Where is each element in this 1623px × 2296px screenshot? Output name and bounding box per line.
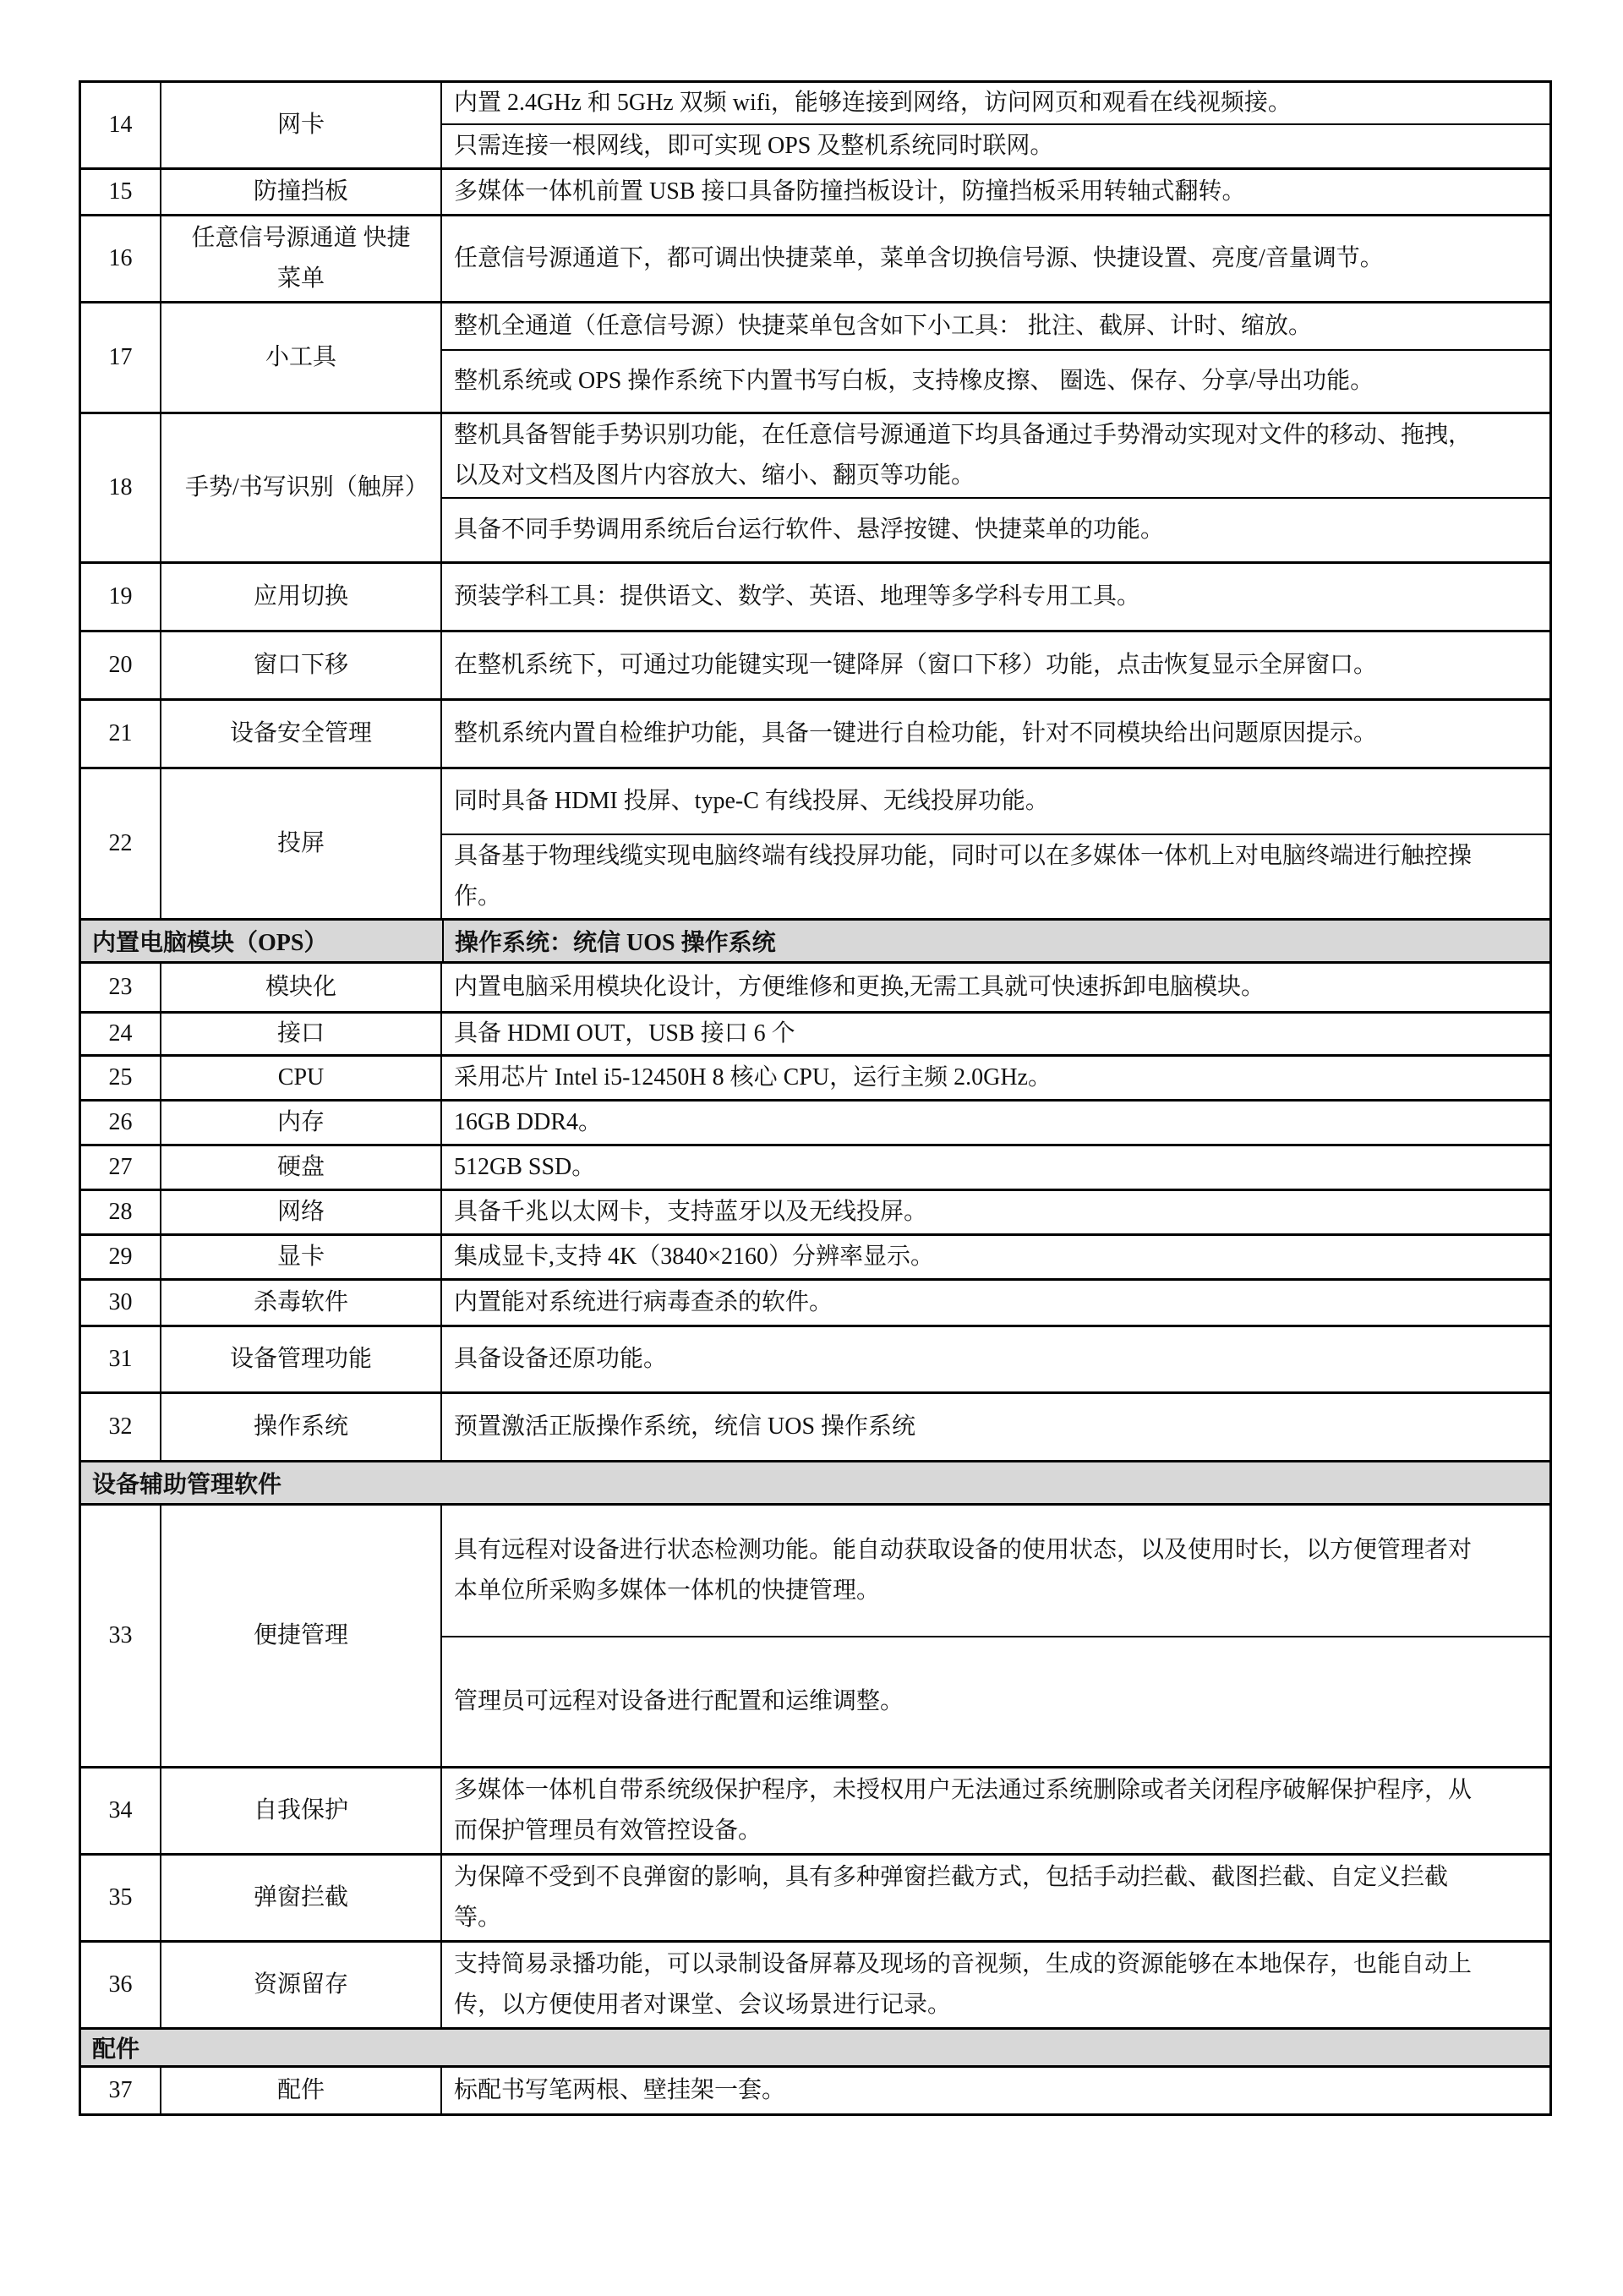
- table-row: 22投屏同时具备 HDMI 投屏、type-C 有线投屏、无线投屏功能。具备基于…: [81, 767, 1549, 918]
- section-title: 配件: [81, 2030, 139, 2065]
- row-number: 37: [81, 2068, 161, 2113]
- row-description-stack: 内置能对系统进行病毒查杀的软件。: [442, 1281, 1549, 1325]
- row-description-stack: 同时具备 HDMI 投屏、type-C 有线投屏、无线投屏功能。具备基于物理线缆…: [442, 769, 1549, 918]
- section-row: 设备辅助管理软件: [81, 1460, 1549, 1503]
- row-description-stack: 采用芯片 Intel i5-12450H 8 核心 CPU，运行主频 2.0GH…: [442, 1057, 1549, 1099]
- table-row: 27硬盘512GB SSD。: [81, 1144, 1549, 1189]
- table-row: 37配件标配书写笔两根、壁挂架一套。: [81, 2065, 1549, 2113]
- row-number: 18: [81, 414, 161, 561]
- row-description-stack: 集成显卡,支持 4K（3840×2160）分辨率显示。: [442, 1236, 1549, 1278]
- row-description-stack: 多媒体一体机自带系统级保护程序，未授权用户无法通过系统删除或者关闭程序破解保护程…: [442, 1768, 1549, 1853]
- row-category: 网卡: [161, 83, 442, 167]
- row-category: 设备管理功能: [161, 1327, 442, 1391]
- row-description-stack: 内置 2.4GHz 和 5GHz 双频 wifi，能够连接到网络，访问网页和观看…: [442, 83, 1549, 167]
- table-row: 14网卡内置 2.4GHz 和 5GHz 双频 wifi，能够连接到网络，访问网…: [81, 83, 1549, 167]
- row-number: 35: [81, 1856, 161, 1940]
- row-number: 24: [81, 1014, 161, 1054]
- table-row: 20窗口下移在整机系统下，可通过功能键实现一键降屏（窗口下移）功能，点击恢复显示…: [81, 630, 1549, 698]
- row-category: 手势/书写识别（触屏）: [161, 414, 442, 561]
- row-category: 资源留存: [161, 1943, 442, 2027]
- table-row: 26内存16GB DDR4。: [81, 1099, 1549, 1144]
- row-category: 防撞挡板: [161, 170, 442, 214]
- row-description: 标配书写笔两根、壁挂架一套。: [442, 2068, 1549, 2113]
- row-description-stack: 多媒体一体机前置 USB 接口具备防撞挡板设计，防撞挡板采用转轴式翻转。: [442, 170, 1549, 214]
- row-description-stack: 具备千兆以太网卡，支持蓝牙以及无线投屏。: [442, 1191, 1549, 1233]
- row-description: 整机系统或 OPS 操作系统下内置书写白板，支持橡皮擦、 圈选、保存、分享/导出…: [442, 349, 1549, 412]
- table-row: 29显卡集成显卡,支持 4K（3840×2160）分辨率显示。: [81, 1233, 1549, 1278]
- row-description-stack: 512GB SSD。: [442, 1146, 1549, 1189]
- row-description: 集成显卡,支持 4K（3840×2160）分辨率显示。: [442, 1236, 1549, 1278]
- row-description: 具备基于物理线缆实现电脑终端有线投屏功能，同时可以在多媒体一体机上对电脑终端进行…: [442, 834, 1549, 918]
- row-category: 设备安全管理: [161, 701, 442, 767]
- row-description: 内置能对系统进行病毒查杀的软件。: [442, 1281, 1549, 1325]
- row-description: 内置电脑采用模块化设计，方便维修和更换,无需工具就可快速拆卸电脑模块。: [442, 964, 1549, 1011]
- table-row: 18手势/书写识别（触屏）整机具备智能手势识别功能，在任意信号源通道下均具备通过…: [81, 412, 1549, 561]
- row-category: 杀毒软件: [161, 1281, 442, 1325]
- section-value: 操作系统：统信 UOS 操作系统: [444, 921, 1549, 961]
- row-category: 接口: [161, 1014, 442, 1054]
- table-row: 34自我保护多媒体一体机自带系统级保护程序，未授权用户无法通过系统删除或者关闭程…: [81, 1766, 1549, 1853]
- row-number: 19: [81, 564, 161, 630]
- row-category: 投屏: [161, 769, 442, 918]
- row-description-stack: 整机具备智能手势识别功能，在任意信号源通道下均具备通过手势滑动实现对文件的移动、…: [442, 414, 1549, 561]
- section-row: 配件: [81, 2027, 1549, 2065]
- table-row: 35弹窗拦截为保障不受到不良弹窗的影响，具有多种弹窗拦截方式，包括手动拦截、截图…: [81, 1853, 1549, 1940]
- row-description: 具有远程对设备进行状态检测功能。能自动获取设备的使用状态，以及使用时长，以方便管…: [442, 1506, 1549, 1636]
- row-description: 具备不同手势调用系统后台运行软件、悬浮按键、快捷菜单的功能。: [442, 497, 1549, 561]
- row-category: 任意信号源通道 快捷菜单: [161, 216, 442, 301]
- table-row: 19应用切换预装学科工具：提供语文、数学、英语、地理等多学科专用工具。: [81, 561, 1549, 630]
- row-description: 预置激活正版操作系统，统信 UOS 操作系统: [442, 1394, 1549, 1460]
- row-number: 20: [81, 632, 161, 698]
- section-row: 内置电脑模块（OPS）操作系统：统信 UOS 操作系统: [81, 918, 1549, 961]
- row-category: 便捷管理: [161, 1506, 442, 1766]
- spec-table: 14网卡内置 2.4GHz 和 5GHz 双频 wifi，能够连接到网络，访问网…: [79, 80, 1552, 2116]
- row-description-stack: 标配书写笔两根、壁挂架一套。: [442, 2068, 1549, 2113]
- table-row: 31设备管理功能具备设备还原功能。: [81, 1325, 1549, 1391]
- row-description: 整机系统内置自检维护功能，具备一键进行自检功能，针对不同模块给出问题原因提示。: [442, 701, 1549, 767]
- row-number: 36: [81, 1943, 161, 2027]
- row-number: 21: [81, 701, 161, 767]
- row-number: 26: [81, 1102, 161, 1144]
- table-row: 23模块化内置电脑采用模块化设计，方便维修和更换,无需工具就可快速拆卸电脑模块。: [81, 961, 1549, 1011]
- row-category: 显卡: [161, 1236, 442, 1278]
- table-row: 15防撞挡板多媒体一体机前置 USB 接口具备防撞挡板设计，防撞挡板采用转轴式翻…: [81, 167, 1549, 214]
- section-title: 设备辅助管理软件: [81, 1462, 281, 1503]
- row-category: CPU: [161, 1057, 442, 1099]
- row-description: 512GB SSD。: [442, 1146, 1549, 1189]
- row-description: 在整机系统下，可通过功能键实现一键降屏（窗口下移）功能，点击恢复显示全屏窗口。: [442, 632, 1549, 698]
- row-description: 整机全通道（任意信号源）快捷菜单包含如下小工具： 批注、截屏、计时、缩放。: [442, 303, 1549, 349]
- row-description-stack: 预置激活正版操作系统，统信 UOS 操作系统: [442, 1394, 1549, 1460]
- row-number: 30: [81, 1281, 161, 1325]
- row-description-stack: 支持简易录播功能，可以录制设备屏幕及现场的音视频，生成的资源能够在本地保存，也能…: [442, 1943, 1549, 2027]
- row-number: 28: [81, 1191, 161, 1233]
- table-row: 30杀毒软件内置能对系统进行病毒查杀的软件。: [81, 1278, 1549, 1325]
- row-description-stack: 具备 HDMI OUT，USB 接口 6 个: [442, 1014, 1549, 1054]
- row-description-stack: 16GB DDR4。: [442, 1102, 1549, 1144]
- row-description: 多媒体一体机自带系统级保护程序，未授权用户无法通过系统删除或者关闭程序破解保护程…: [442, 1768, 1549, 1853]
- row-number: 32: [81, 1394, 161, 1460]
- row-description-stack: 在整机系统下，可通过功能键实现一键降屏（窗口下移）功能，点击恢复显示全屏窗口。: [442, 632, 1549, 698]
- row-category: 自我保护: [161, 1768, 442, 1853]
- table-row: 36资源留存支持简易录播功能，可以录制设备屏幕及现场的音视频，生成的资源能够在本…: [81, 1940, 1549, 2027]
- table-row: 33便捷管理具有远程对设备进行状态检测功能。能自动获取设备的使用状态，以及使用时…: [81, 1503, 1549, 1766]
- row-description: 内置 2.4GHz 和 5GHz 双频 wifi，能够连接到网络，访问网页和观看…: [442, 83, 1549, 123]
- row-description: 具备设备还原功能。: [442, 1327, 1549, 1391]
- section-title: 内置电脑模块（OPS）: [81, 921, 444, 961]
- row-description: 采用芯片 Intel i5-12450H 8 核心 CPU，运行主频 2.0GH…: [442, 1057, 1549, 1099]
- row-category: 网络: [161, 1191, 442, 1233]
- table-row: 25CPU采用芯片 Intel i5-12450H 8 核心 CPU，运行主频 …: [81, 1054, 1549, 1099]
- row-category: 窗口下移: [161, 632, 442, 698]
- row-description-stack: 具有远程对设备进行状态检测功能。能自动获取设备的使用状态，以及使用时长，以方便管…: [442, 1506, 1549, 1766]
- row-category: 配件: [161, 2068, 442, 2113]
- row-description: 支持简易录播功能，可以录制设备屏幕及现场的音视频，生成的资源能够在本地保存，也能…: [442, 1943, 1549, 2027]
- row-number: 27: [81, 1146, 161, 1189]
- table-row: 16任意信号源通道 快捷菜单任意信号源通道下，都可调出快捷菜单，菜单含切换信号源…: [81, 214, 1549, 301]
- row-number: 17: [81, 303, 161, 412]
- table-row: 17小工具整机全通道（任意信号源）快捷菜单包含如下小工具： 批注、截屏、计时、缩…: [81, 301, 1549, 412]
- row-number: 34: [81, 1768, 161, 1853]
- row-description-stack: 整机系统内置自检维护功能，具备一键进行自检功能，针对不同模块给出问题原因提示。: [442, 701, 1549, 767]
- row-category: 弹窗拦截: [161, 1856, 442, 1940]
- row-category: 硬盘: [161, 1146, 442, 1189]
- row-description-stack: 内置电脑采用模块化设计，方便维修和更换,无需工具就可快速拆卸电脑模块。: [442, 964, 1549, 1011]
- row-description: 管理员可远程对设备进行配置和运维调整。: [442, 1636, 1549, 1766]
- row-number: 33: [81, 1506, 161, 1766]
- row-description: 同时具备 HDMI 投屏、type-C 有线投屏、无线投屏功能。: [442, 769, 1549, 834]
- table-row: 32操作系统预置激活正版操作系统，统信 UOS 操作系统: [81, 1391, 1549, 1460]
- table-row: 21设备安全管理整机系统内置自检维护功能，具备一键进行自检功能，针对不同模块给出…: [81, 698, 1549, 767]
- row-number: 16: [81, 216, 161, 301]
- row-category: 操作系统: [161, 1394, 442, 1460]
- row-number: 22: [81, 769, 161, 918]
- row-description: 具备千兆以太网卡，支持蓝牙以及无线投屏。: [442, 1191, 1549, 1233]
- table-row: 28网络具备千兆以太网卡，支持蓝牙以及无线投屏。: [81, 1189, 1549, 1233]
- row-description: 只需连接一根网线，即可实现 OPS 及整机系统同时联网。: [442, 123, 1549, 167]
- row-description-stack: 具备设备还原功能。: [442, 1327, 1549, 1391]
- row-description: 多媒体一体机前置 USB 接口具备防撞挡板设计，防撞挡板采用转轴式翻转。: [442, 170, 1549, 214]
- row-description-stack: 预装学科工具：提供语文、数学、英语、地理等多学科专用工具。: [442, 564, 1549, 630]
- row-category: 模块化: [161, 964, 442, 1011]
- row-number: 25: [81, 1057, 161, 1099]
- row-description-stack: 整机全通道（任意信号源）快捷菜单包含如下小工具： 批注、截屏、计时、缩放。整机系…: [442, 303, 1549, 412]
- row-number: 15: [81, 170, 161, 214]
- row-description-stack: 为保障不受到不良弹窗的影响，具有多种弹窗拦截方式，包括手动拦截、截图拦截、自定义…: [442, 1856, 1549, 1940]
- row-description: 预装学科工具：提供语文、数学、英语、地理等多学科专用工具。: [442, 564, 1549, 630]
- row-category: 小工具: [161, 303, 442, 412]
- row-number: 14: [81, 83, 161, 167]
- row-description: 整机具备智能手势识别功能，在任意信号源通道下均具备通过手势滑动实现对文件的移动、…: [442, 414, 1549, 497]
- row-category: 内存: [161, 1102, 442, 1144]
- table-row: 24接口具备 HDMI OUT，USB 接口 6 个: [81, 1011, 1549, 1054]
- row-description: 具备 HDMI OUT，USB 接口 6 个: [442, 1014, 1549, 1054]
- row-description-stack: 任意信号源通道下，都可调出快捷菜单，菜单含切换信号源、快捷设置、亮度/音量调节。: [442, 216, 1549, 301]
- row-number: 23: [81, 964, 161, 1011]
- row-category: 应用切换: [161, 564, 442, 630]
- row-description: 16GB DDR4。: [442, 1102, 1549, 1144]
- row-number: 31: [81, 1327, 161, 1391]
- row-description: 任意信号源通道下，都可调出快捷菜单，菜单含切换信号源、快捷设置、亮度/音量调节。: [442, 216, 1549, 301]
- row-number: 29: [81, 1236, 161, 1278]
- row-description: 为保障不受到不良弹窗的影响，具有多种弹窗拦截方式，包括手动拦截、截图拦截、自定义…: [442, 1856, 1549, 1940]
